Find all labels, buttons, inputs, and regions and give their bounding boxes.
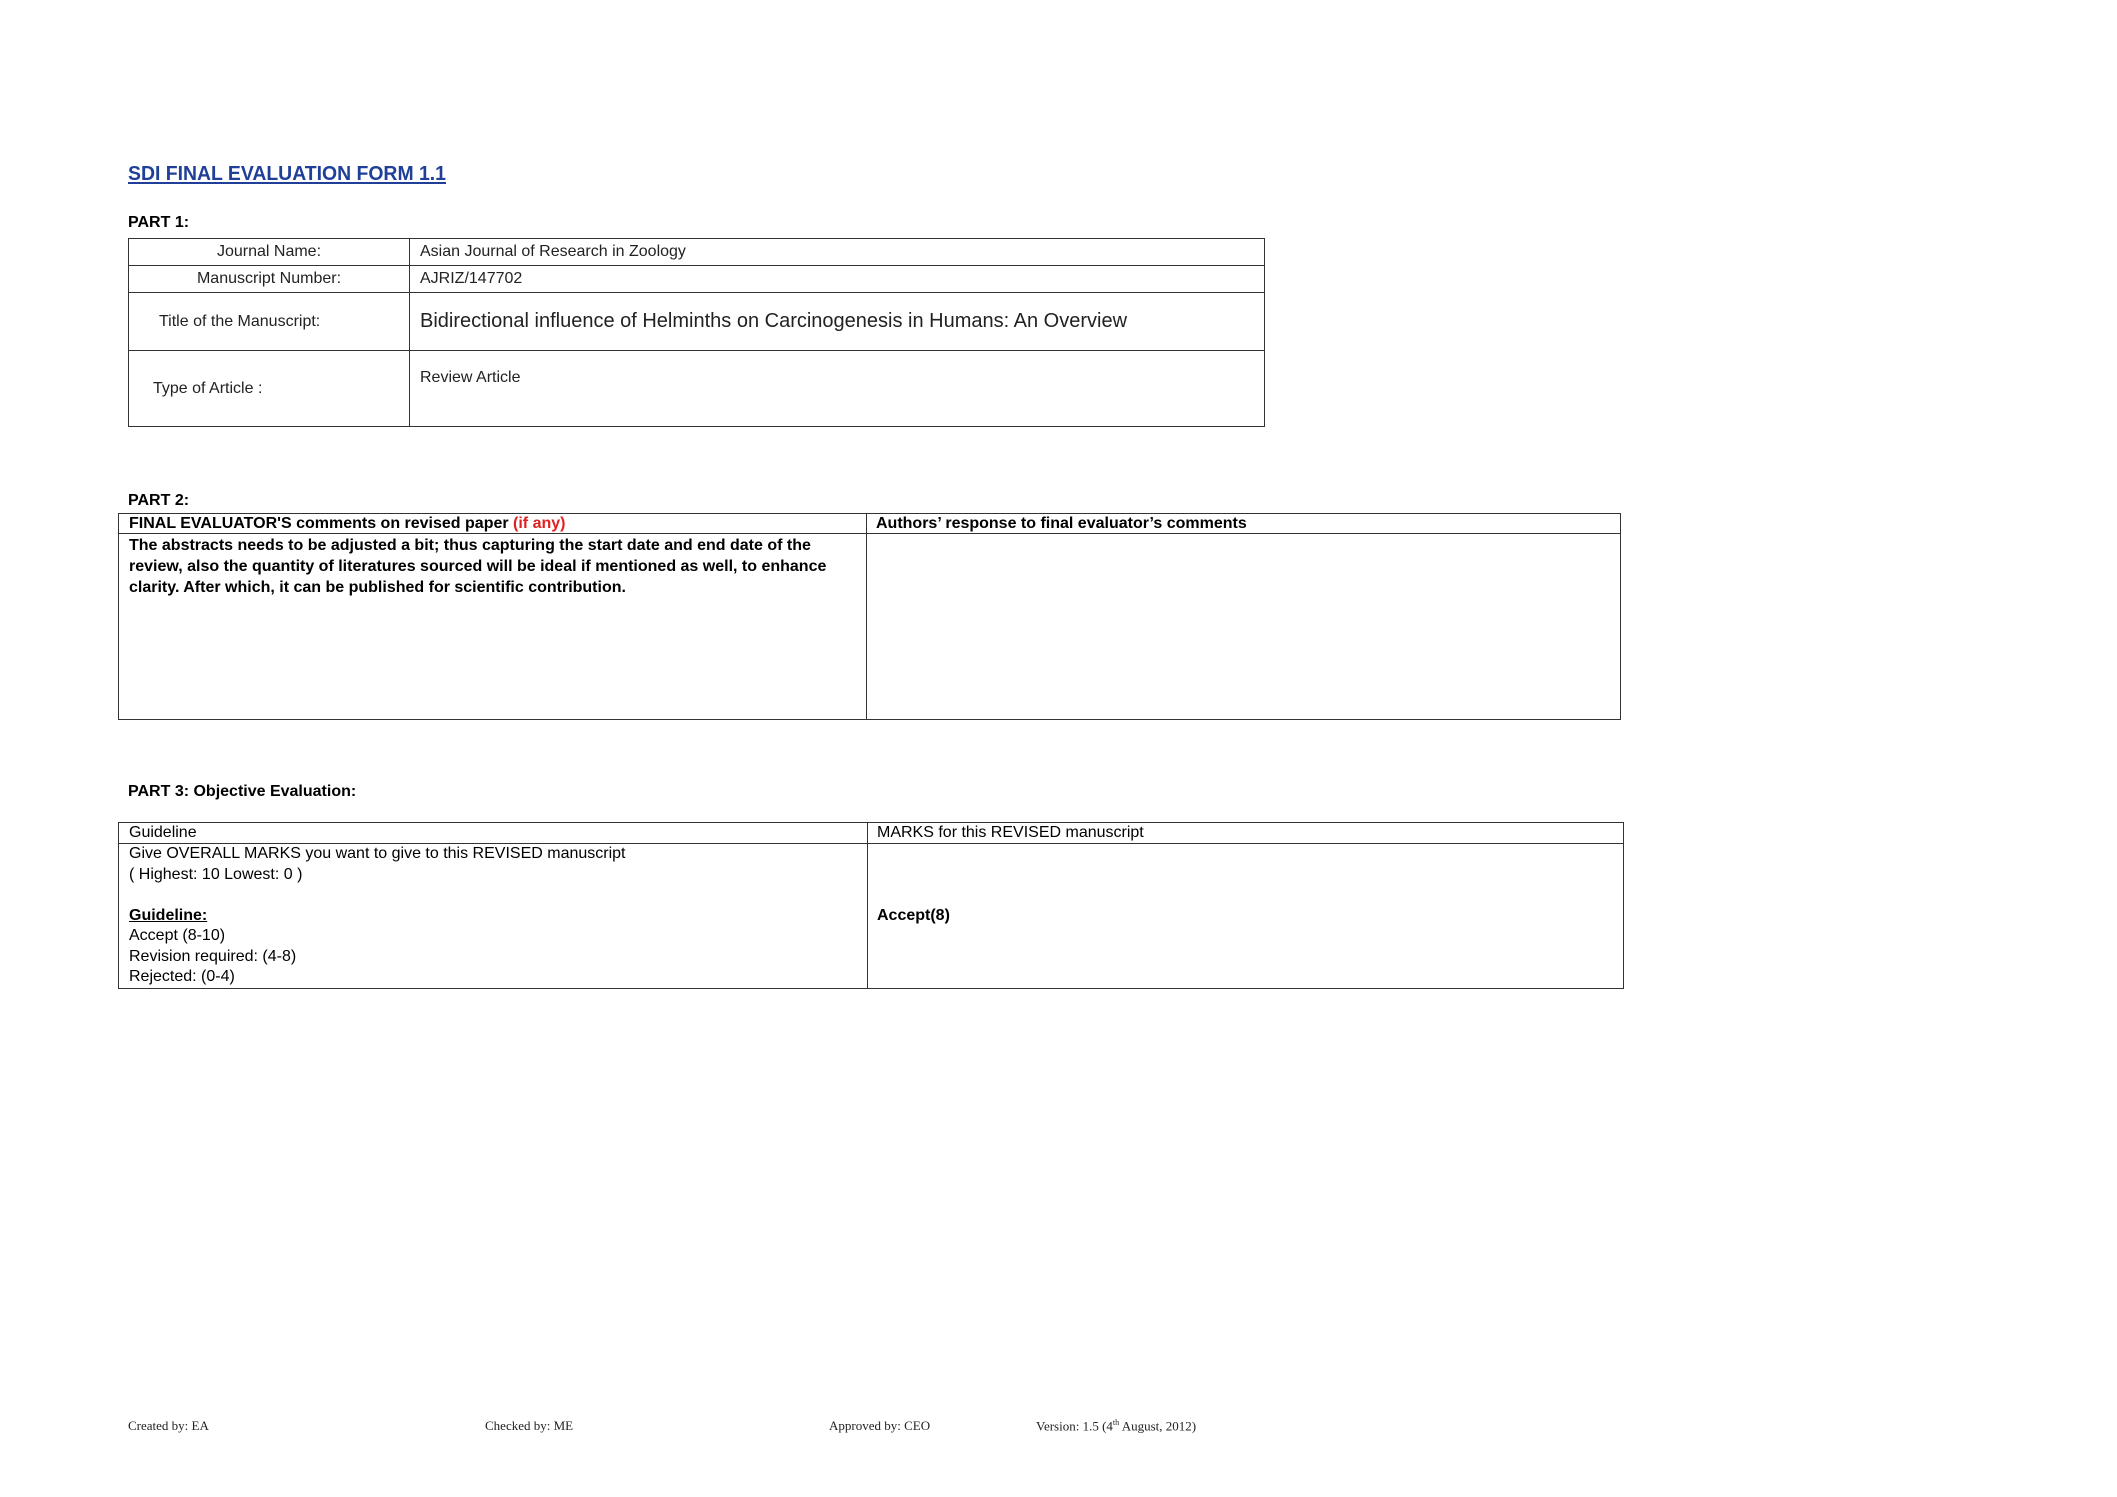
evaluator-comment-text: The abstracts needs to be adjusted a bit… bbox=[129, 534, 866, 598]
manuscript-info-table: Journal Name: Asian Journal of Research … bbox=[128, 238, 1265, 427]
part3-label: PART 3: Objective Evaluation: bbox=[128, 783, 356, 801]
journal-name-label: Journal Name: bbox=[129, 239, 410, 266]
objective-evaluation-table: Guideline MARKS for this REVISED manuscr… bbox=[118, 822, 1624, 989]
marks-header: MARKS for this REVISED manuscript bbox=[868, 823, 1624, 844]
manuscript-number-value: AJRIZ/147702 bbox=[410, 266, 1265, 293]
authors-response-header: Authors’ response to final evaluator’s c… bbox=[867, 514, 1621, 534]
part1-label: PART 1: bbox=[128, 214, 189, 232]
marks-instruction: Give OVERALL MARKS you want to give to t… bbox=[129, 844, 867, 865]
guideline-accept: Accept (8-10) bbox=[129, 926, 867, 947]
article-type-value: Review Article bbox=[410, 351, 1265, 427]
manuscript-title-value: Bidirectional influence of Helminths on … bbox=[410, 293, 1265, 351]
version-prefix: Version: 1.5 (4 bbox=[1036, 1418, 1113, 1433]
footer-checked-by: Checked by: ME bbox=[485, 1418, 573, 1434]
version-suffix: August, 2012) bbox=[1119, 1418, 1196, 1433]
guideline-revision: Revision required: (4-8) bbox=[129, 947, 867, 968]
form-title: SDI FINAL EVALUATION FORM 1.1 bbox=[128, 163, 446, 186]
footer-version: Version: 1.5 (4th August, 2012) bbox=[1036, 1418, 1196, 1434]
table-row: Give OVERALL MARKS you want to give to t… bbox=[119, 844, 1624, 989]
journal-name-value: Asian Journal of Research in Zoology bbox=[410, 239, 1265, 266]
evaluator-comments-table: FINAL EVALUATOR'S comments on revised pa… bbox=[118, 513, 1621, 720]
marks-value[interactable]: Accept(8) bbox=[868, 844, 1624, 989]
article-type-label: Type of Article : bbox=[129, 351, 410, 427]
table-row: The abstracts needs to be adjusted a bit… bbox=[119, 534, 1621, 720]
table-row: Journal Name: Asian Journal of Research … bbox=[129, 239, 1265, 266]
guideline-heading: Guideline: bbox=[129, 906, 867, 927]
table-header-row: FINAL EVALUATOR'S comments on revised pa… bbox=[119, 514, 1621, 534]
if-any-note: (if any) bbox=[513, 515, 565, 532]
manuscript-number-label: Manuscript Number: bbox=[129, 266, 410, 293]
guideline-cell: Give OVERALL MARKS you want to give to t… bbox=[119, 844, 868, 989]
marks-range: ( Highest: 10 Lowest: 0 ) bbox=[129, 865, 867, 886]
footer-approved-by: Approved by: CEO bbox=[829, 1418, 930, 1434]
evaluator-comments-header-text: FINAL EVALUATOR'S comments on revised pa… bbox=[129, 515, 513, 532]
authors-response-cell[interactable] bbox=[867, 534, 1621, 720]
guideline-rejected: Rejected: (0-4) bbox=[129, 967, 867, 988]
table-row: Title of the Manuscript: Bidirectional i… bbox=[129, 293, 1265, 351]
footer-created-by: Created by: EA bbox=[128, 1418, 209, 1434]
part2-label: PART 2: bbox=[128, 492, 189, 510]
guideline-header: Guideline bbox=[119, 823, 868, 844]
evaluator-comment-cell: The abstracts needs to be adjusted a bit… bbox=[119, 534, 867, 720]
evaluator-comments-header: FINAL EVALUATOR'S comments on revised pa… bbox=[119, 514, 867, 534]
table-header-row: Guideline MARKS for this REVISED manuscr… bbox=[119, 823, 1624, 844]
manuscript-title-label: Title of the Manuscript: bbox=[129, 293, 410, 351]
table-row: Manuscript Number: AJRIZ/147702 bbox=[129, 266, 1265, 293]
table-row: Type of Article : Review Article bbox=[129, 351, 1265, 427]
